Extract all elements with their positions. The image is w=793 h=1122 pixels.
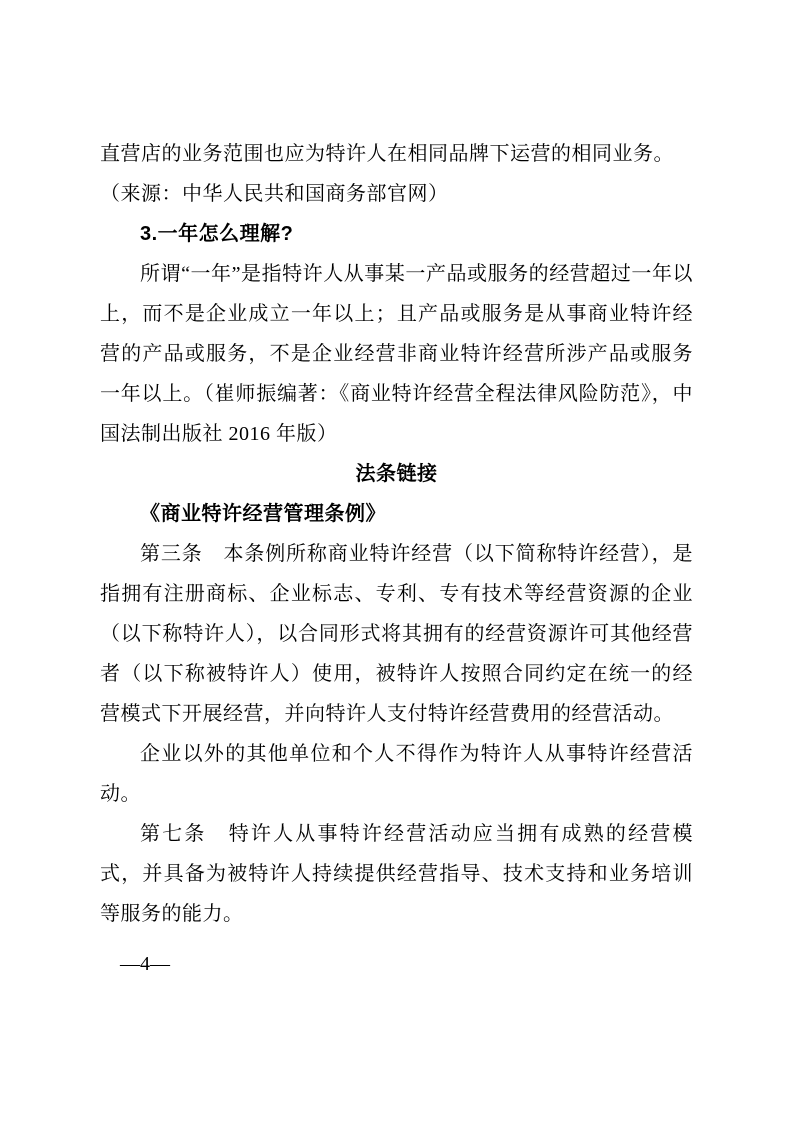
section-heading-one-year: 3.一年怎么理解? [100,214,693,254]
paragraph-article-3-supplement: 企业以外的其他单位和个人不得作为特许人从事特许经营活动。 [100,734,693,814]
document-page: 直营店的业务范围也应为特许人在相同品牌下运营的相同业务。 （来源：中华人民共和国… [0,0,793,1122]
paragraph-article-3: 第三条 本条例所称商业特许经营（以下简称特许经营），是指拥有注册商标、企业标志、… [100,534,693,734]
section-heading-law-links: 法条链接 [100,454,693,494]
paragraph-source-note: （来源：中华人民共和国商务部官网） [100,174,693,214]
page-number: —4— [120,952,693,976]
paragraph-article-7: 第七条 特许人从事特许经营活动应当拥有成熟的经营模式，并具备为被特许人持续提供经… [100,814,693,934]
regulation-title: 《商业特许经营管理条例》 [100,494,693,534]
paragraph-one-year-explanation: 所谓“一年”是指特许人从事某一产品或服务的经营超过一年以上，而不是企业成立一年以… [100,254,693,454]
paragraph-continuation: 直营店的业务范围也应为特许人在相同品牌下运营的相同业务。 [100,134,693,174]
